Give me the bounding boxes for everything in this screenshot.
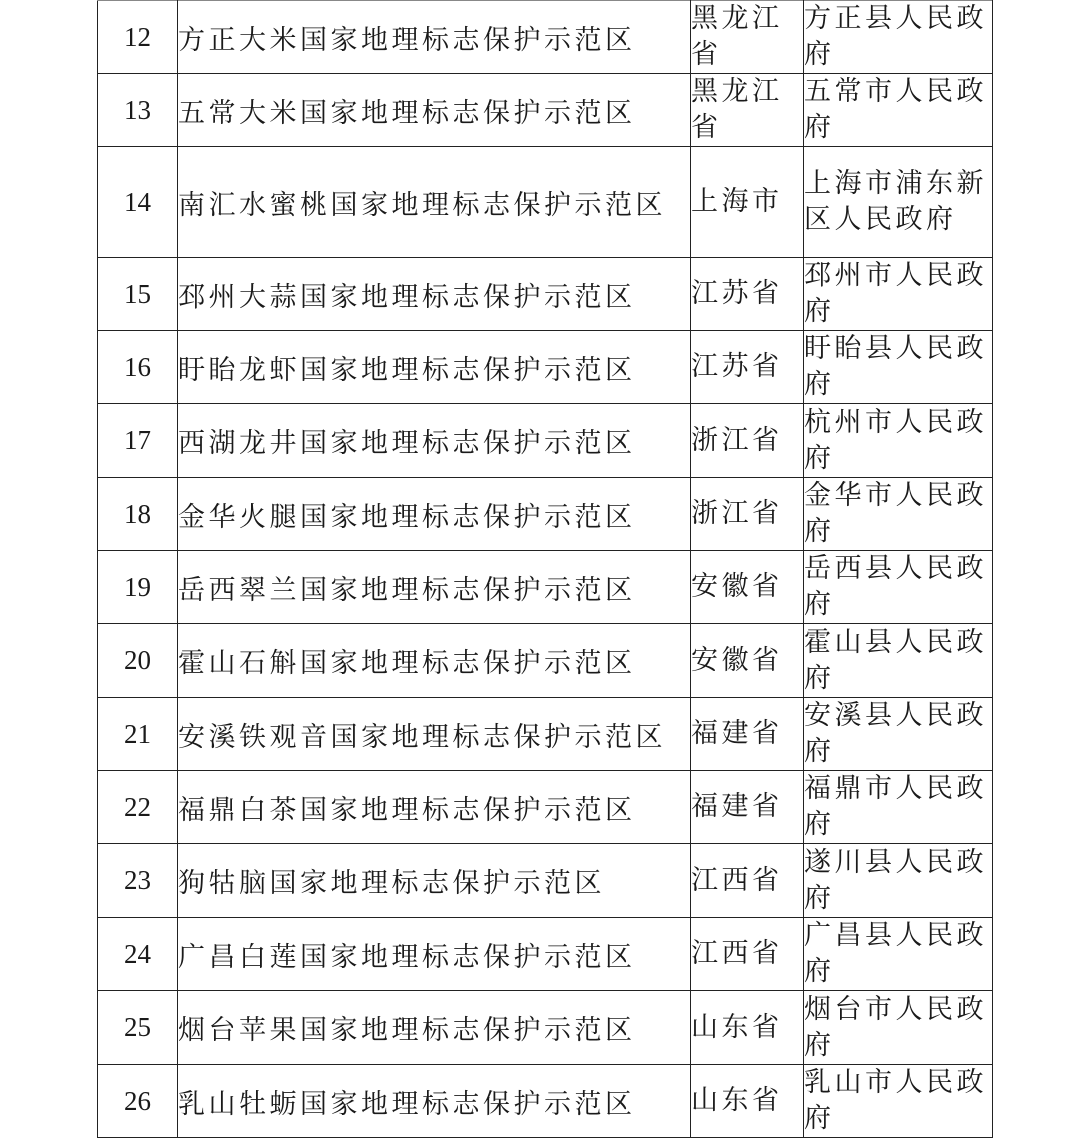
government-cell: 安溪县人民政府 [804, 698, 993, 771]
government-cell: 福鼎市人民政府 [804, 771, 993, 844]
province-cell: 福建省 [691, 698, 804, 771]
province-cell: 江苏省 [691, 258, 804, 331]
province-cell: 江苏省 [691, 331, 804, 404]
row-number-cell: 25 [98, 991, 178, 1065]
zone-name-cell: 狗牯脑国家地理标志保护示范区 [178, 844, 691, 918]
province-cell: 黑龙江省 [691, 1, 804, 74]
table-row: 19岳西翠兰国家地理标志保护示范区安徽省岳西县人民政府 [98, 551, 993, 624]
table-body: 12方正大米国家地理标志保护示范区黑龙江省方正县人民政府13五常大米国家地理标志… [98, 1, 993, 1138]
province-cell: 山东省 [691, 1065, 804, 1138]
government-cell: 广昌县人民政府 [804, 918, 993, 991]
zone-name-cell: 邳州大蒜国家地理标志保护示范区 [178, 258, 691, 331]
row-number-cell: 19 [98, 551, 178, 624]
government-cell: 方正县人民政府 [804, 1, 993, 74]
table-row: 17西湖龙井国家地理标志保护示范区浙江省杭州市人民政府 [98, 404, 993, 478]
government-cell: 五常市人民政府 [804, 74, 993, 147]
province-cell: 安徽省 [691, 551, 804, 624]
province-cell: 福建省 [691, 771, 804, 844]
zone-name-cell: 霍山石斛国家地理标志保护示范区 [178, 624, 691, 698]
province-cell: 浙江省 [691, 404, 804, 478]
zone-name-cell: 乳山牡蛎国家地理标志保护示范区 [178, 1065, 691, 1138]
province-cell: 浙江省 [691, 478, 804, 551]
government-cell: 烟台市人民政府 [804, 991, 993, 1065]
table-row: 21安溪铁观音国家地理标志保护示范区福建省安溪县人民政府 [98, 698, 993, 771]
row-number-cell: 12 [98, 1, 178, 74]
table-row: 14南汇水蜜桃国家地理标志保护示范区上海市上海市浦东新区人民政府 [98, 147, 993, 258]
province-cell: 江西省 [691, 918, 804, 991]
government-cell: 金华市人民政府 [804, 478, 993, 551]
table-row: 26乳山牡蛎国家地理标志保护示范区山东省乳山市人民政府 [98, 1065, 993, 1138]
table-row: 25烟台苹果国家地理标志保护示范区山东省烟台市人民政府 [98, 991, 993, 1065]
row-number-cell: 16 [98, 331, 178, 404]
row-number-cell: 24 [98, 918, 178, 991]
zone-name-cell: 盱眙龙虾国家地理标志保护示范区 [178, 331, 691, 404]
row-number-cell: 21 [98, 698, 178, 771]
zone-name-cell: 安溪铁观音国家地理标志保护示范区 [178, 698, 691, 771]
government-cell: 岳西县人民政府 [804, 551, 993, 624]
zone-name-cell: 广昌白莲国家地理标志保护示范区 [178, 918, 691, 991]
row-number-cell: 15 [98, 258, 178, 331]
government-cell: 乳山市人民政府 [804, 1065, 993, 1138]
province-cell: 上海市 [691, 147, 804, 258]
zone-name-cell: 福鼎白茶国家地理标志保护示范区 [178, 771, 691, 844]
row-number-cell: 22 [98, 771, 178, 844]
zone-name-cell: 南汇水蜜桃国家地理标志保护示范区 [178, 147, 691, 258]
table-row: 23狗牯脑国家地理标志保护示范区江西省遂川县人民政府 [98, 844, 993, 918]
table-row: 16盱眙龙虾国家地理标志保护示范区江苏省盱眙县人民政府 [98, 331, 993, 404]
table-row: 12方正大米国家地理标志保护示范区黑龙江省方正县人民政府 [98, 1, 993, 74]
government-cell: 上海市浦东新区人民政府 [804, 147, 993, 258]
zone-name-cell: 西湖龙井国家地理标志保护示范区 [178, 404, 691, 478]
table-row: 24广昌白莲国家地理标志保护示范区江西省广昌县人民政府 [98, 918, 993, 991]
table-row: 13五常大米国家地理标志保护示范区黑龙江省五常市人民政府 [98, 74, 993, 147]
government-cell: 邳州市人民政府 [804, 258, 993, 331]
government-cell: 遂川县人民政府 [804, 844, 993, 918]
demo-zone-table: 12方正大米国家地理标志保护示范区黑龙江省方正县人民政府13五常大米国家地理标志… [97, 0, 993, 1138]
province-cell: 山东省 [691, 991, 804, 1065]
row-number-cell: 23 [98, 844, 178, 918]
government-cell: 杭州市人民政府 [804, 404, 993, 478]
zone-name-cell: 烟台苹果国家地理标志保护示范区 [178, 991, 691, 1065]
province-cell: 江西省 [691, 844, 804, 918]
row-number-cell: 14 [98, 147, 178, 258]
row-number-cell: 13 [98, 74, 178, 147]
province-cell: 安徽省 [691, 624, 804, 698]
government-cell: 盱眙县人民政府 [804, 331, 993, 404]
zone-name-cell: 五常大米国家地理标志保护示范区 [178, 74, 691, 147]
zone-name-cell: 方正大米国家地理标志保护示范区 [178, 1, 691, 74]
row-number-cell: 20 [98, 624, 178, 698]
table-row: 18金华火腿国家地理标志保护示范区浙江省金华市人民政府 [98, 478, 993, 551]
zone-name-cell: 岳西翠兰国家地理标志保护示范区 [178, 551, 691, 624]
table-row: 15邳州大蒜国家地理标志保护示范区江苏省邳州市人民政府 [98, 258, 993, 331]
table-row: 22福鼎白茶国家地理标志保护示范区福建省福鼎市人民政府 [98, 771, 993, 844]
row-number-cell: 18 [98, 478, 178, 551]
zone-name-cell: 金华火腿国家地理标志保护示范区 [178, 478, 691, 551]
province-cell: 黑龙江省 [691, 74, 804, 147]
table-row: 20霍山石斛国家地理标志保护示范区安徽省霍山县人民政府 [98, 624, 993, 698]
government-cell: 霍山县人民政府 [804, 624, 993, 698]
row-number-cell: 26 [98, 1065, 178, 1138]
row-number-cell: 17 [98, 404, 178, 478]
